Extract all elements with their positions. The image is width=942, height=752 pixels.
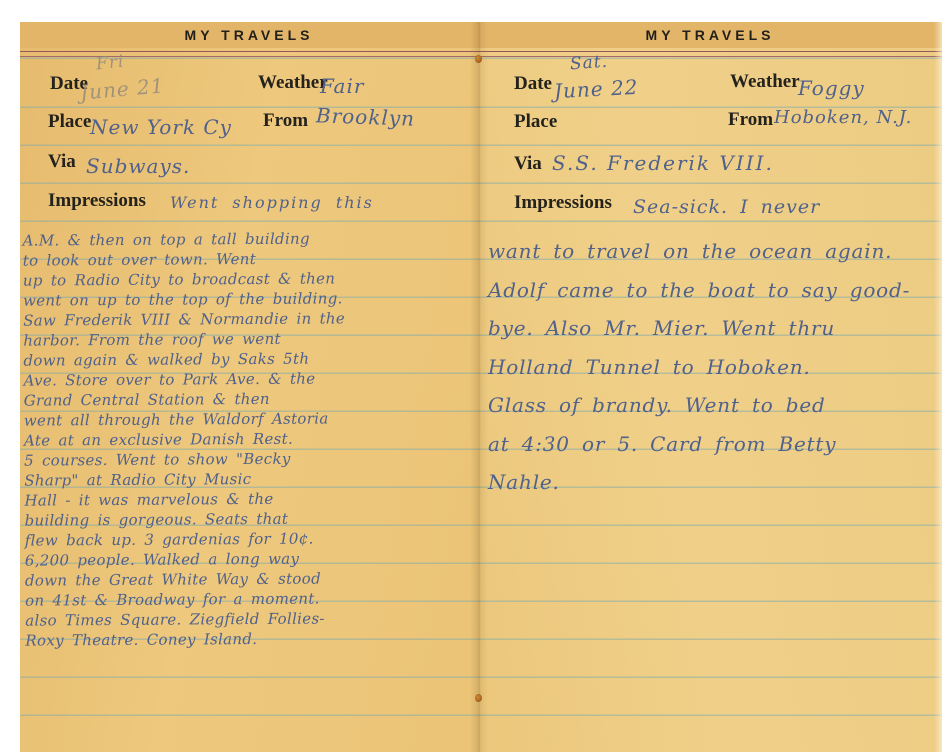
via-label: Via bbox=[514, 153, 542, 175]
weather-value: Foggy bbox=[798, 76, 865, 100]
diary-spread: MY TRAVELS Date Fri June 21 Weather Fair… bbox=[20, 22, 942, 752]
page-edge-highlight bbox=[934, 22, 942, 752]
ruled-page-body: Date Sat. June 22 Weather Foggy Place Fr… bbox=[478, 57, 942, 752]
impressions-line: Glass of brandy. Went to bed bbox=[488, 386, 940, 425]
impressions-label: Impressions bbox=[48, 190, 146, 212]
weather-value: Fair bbox=[320, 74, 364, 98]
impressions-line: Roxy Theatre. Coney Island. bbox=[25, 627, 477, 650]
from-label: From bbox=[728, 109, 773, 131]
from-label: From bbox=[263, 110, 308, 132]
from-value: Brooklyn bbox=[316, 103, 416, 130]
page-header-band: MY TRAVELS bbox=[20, 22, 478, 48]
impressions-lead-line: Sea-sick. I never bbox=[633, 196, 820, 218]
place-label: Place bbox=[514, 111, 557, 133]
impressions-text: A.M. & then on top a tall buildingto loo… bbox=[23, 227, 478, 650]
impressions-line: Adolf came to the boat to say good- bbox=[488, 271, 940, 310]
impressions-text: want to travel on the ocean again.Adolf … bbox=[488, 232, 940, 502]
ruled-page-body: Date Fri June 21 Weather Fair Place New … bbox=[20, 57, 478, 752]
impressions-line: want to travel on the ocean again. bbox=[488, 232, 940, 271]
place-label: Place bbox=[48, 111, 91, 133]
via-value: S.S. Frederik VIII. bbox=[552, 151, 774, 175]
staple-dot bbox=[475, 694, 482, 702]
impressions-line: bye. Also Mr. Mier. Went thru bbox=[488, 309, 940, 348]
page-title: MY TRAVELS bbox=[185, 27, 314, 43]
impressions-line: Nahle. bbox=[488, 463, 940, 502]
impressions-lead-line: Went shopping this bbox=[170, 193, 374, 212]
diary-page-left: MY TRAVELS Date Fri June 21 Weather Fair… bbox=[20, 22, 478, 752]
impressions-label: Impressions bbox=[514, 192, 612, 214]
date-value: June 21 bbox=[79, 73, 165, 104]
impressions-line: Holland Tunnel to Hoboken. bbox=[488, 348, 940, 387]
staple-dot bbox=[475, 55, 482, 63]
diary-page-right: MY TRAVELS Date Sat. June 22 Weather Fog… bbox=[478, 22, 942, 752]
via-label: Via bbox=[48, 151, 76, 173]
date-value: June 22 bbox=[553, 75, 639, 103]
impressions-line: at 4:30 or 5. Card from Betty bbox=[488, 425, 940, 464]
date-label: Date bbox=[514, 73, 552, 95]
date-day-value: Sat. bbox=[569, 52, 608, 75]
weather-label: Weather bbox=[730, 71, 800, 93]
page-header-band: MY TRAVELS bbox=[478, 22, 942, 48]
page-title: MY TRAVELS bbox=[646, 27, 775, 43]
spine-crease bbox=[470, 22, 488, 752]
weather-label: Weather bbox=[258, 72, 328, 94]
place-value: New York Cy bbox=[90, 115, 232, 139]
via-value: Subways. bbox=[86, 154, 190, 178]
from-value: Hoboken, N.J. bbox=[774, 107, 912, 128]
date-day-value: Fri bbox=[95, 52, 125, 75]
